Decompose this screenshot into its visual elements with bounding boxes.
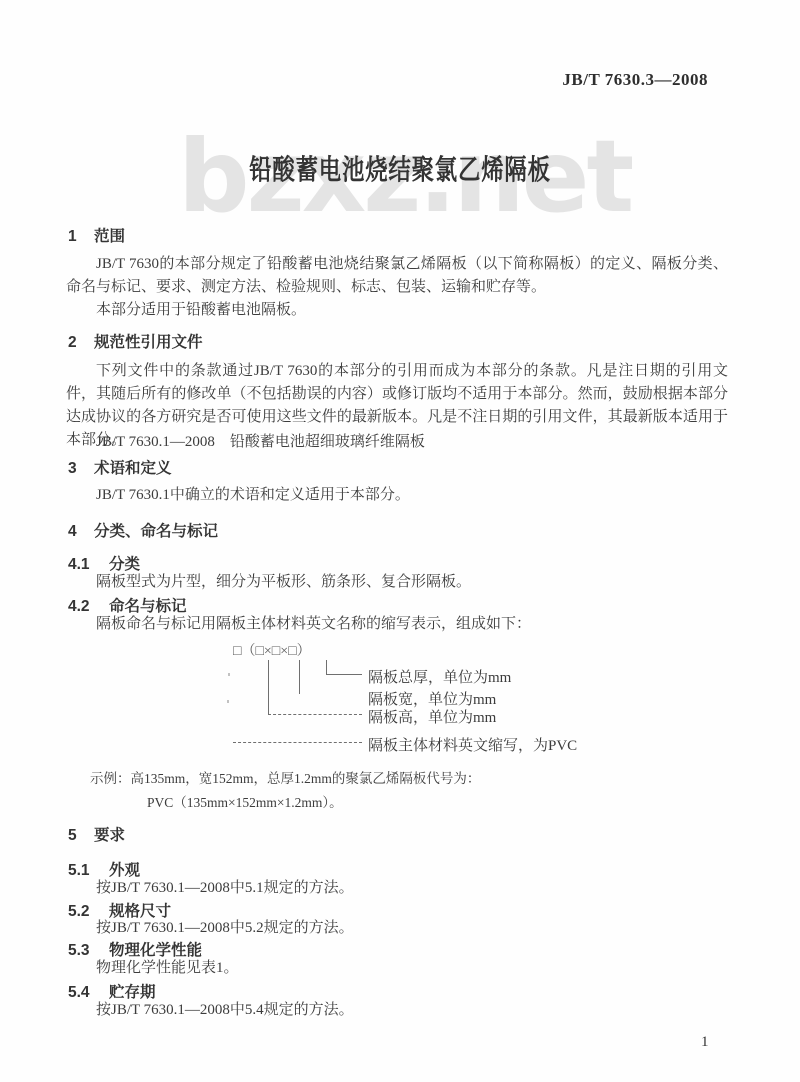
section-5-3-paragraph-1: 物理化学性能见表1。 bbox=[66, 957, 728, 980]
heading-number: 4 bbox=[68, 523, 94, 541]
example-line-2: PVC（135mm×152mm×1.2mm）。 bbox=[147, 791, 343, 811]
heading-number: 5 bbox=[68, 827, 94, 845]
section-1-paragraph-2: 本部分适用于铅酸蓄电池隔板。 bbox=[66, 299, 728, 322]
heading-number: 1 bbox=[68, 228, 94, 246]
section-5-2-paragraph-1: 按JB/T 7630.1—2008中5.2规定的方法。 bbox=[66, 917, 728, 940]
callout-line-material bbox=[233, 742, 362, 743]
page-content: JB/T 7630.3—2008 铅酸蓄电池烧结聚氯乙烯隔板 1范围 JB/T … bbox=[0, 0, 800, 1082]
callout-stem-width bbox=[299, 660, 300, 694]
heading-number: 2 bbox=[68, 334, 94, 352]
section-4-heading: 4分类、命名与标记 bbox=[68, 519, 218, 541]
callout-line-height bbox=[268, 714, 362, 715]
designation-notation-diagram: □（□×□×□） 隔板总厚，单位为mm 隔板宽，单位为mm 隔板高，单位为mm … bbox=[68, 640, 730, 762]
heading-text: 术语和定义 bbox=[94, 460, 172, 477]
document-page: bzxz.net JB/T 7630.3—2008 铅酸蓄电池烧结聚氯乙烯隔板 … bbox=[0, 0, 800, 1082]
section-4-2-paragraph-1: 隔板命名与标记用隔板主体材料英文名称的缩写表示，组成如下： bbox=[66, 613, 728, 636]
section-3-paragraph-1: JB/T 7630.1中确立的术语和定义适用于本部分。 bbox=[66, 484, 728, 507]
section-5-heading: 5要求 bbox=[68, 823, 125, 845]
document-title: 铅酸蓄电池烧结聚氯乙烯隔板 bbox=[80, 148, 720, 188]
callout-label-height: 隔板高，单位为mm bbox=[368, 706, 496, 727]
heading-number: 3 bbox=[68, 460, 94, 478]
scan-speck bbox=[228, 673, 230, 676]
heading-text: 分类、命名与标记 bbox=[94, 523, 218, 540]
callout-stem-height bbox=[268, 660, 269, 714]
callout-label-thickness: 隔板总厚，单位为mm bbox=[368, 666, 511, 687]
section-4-1-paragraph-1: 隔板型式为片型，细分为平板形、筋条形、复合形隔板。 bbox=[66, 571, 728, 594]
scan-speck bbox=[227, 700, 229, 703]
section-1-paragraph-1: JB/T 7630的本部分规定了铅酸蓄电池烧结聚氯乙烯隔板（以下简称隔板）的定义… bbox=[66, 253, 728, 299]
callout-label-material: 隔板主体材料英文缩写，为PVC bbox=[368, 734, 577, 755]
example-line-1: 示例：高135mm，宽152mm，总厚1.2mm的聚氯乙烯隔板代号为： bbox=[90, 767, 480, 787]
heading-text: 要求 bbox=[94, 827, 125, 844]
callout-line-thickness bbox=[326, 674, 362, 675]
page-number: 1 bbox=[701, 1034, 709, 1051]
standard-code: JB/T 7630.3—2008 bbox=[562, 70, 708, 90]
section-5-4-paragraph-1: 按JB/T 7630.1—2008中5.4规定的方法。 bbox=[66, 999, 728, 1022]
section-2-reference-1: JB/T 7630.1—2008 铅酸蓄电池超细玻璃纤维隔板 bbox=[66, 431, 728, 454]
section-5-1-paragraph-1: 按JB/T 7630.1—2008中5.1规定的方法。 bbox=[66, 877, 728, 900]
section-3-heading: 3术语和定义 bbox=[68, 456, 172, 478]
section-1-heading: 1范围 bbox=[68, 224, 125, 246]
heading-text: 规范性引用文件 bbox=[94, 334, 203, 351]
notation-text: □（□×□×□） bbox=[233, 640, 311, 660]
heading-text: 范围 bbox=[94, 228, 125, 245]
section-2-heading: 2规范性引用文件 bbox=[68, 330, 203, 352]
callout-stem-thickness bbox=[326, 660, 327, 674]
